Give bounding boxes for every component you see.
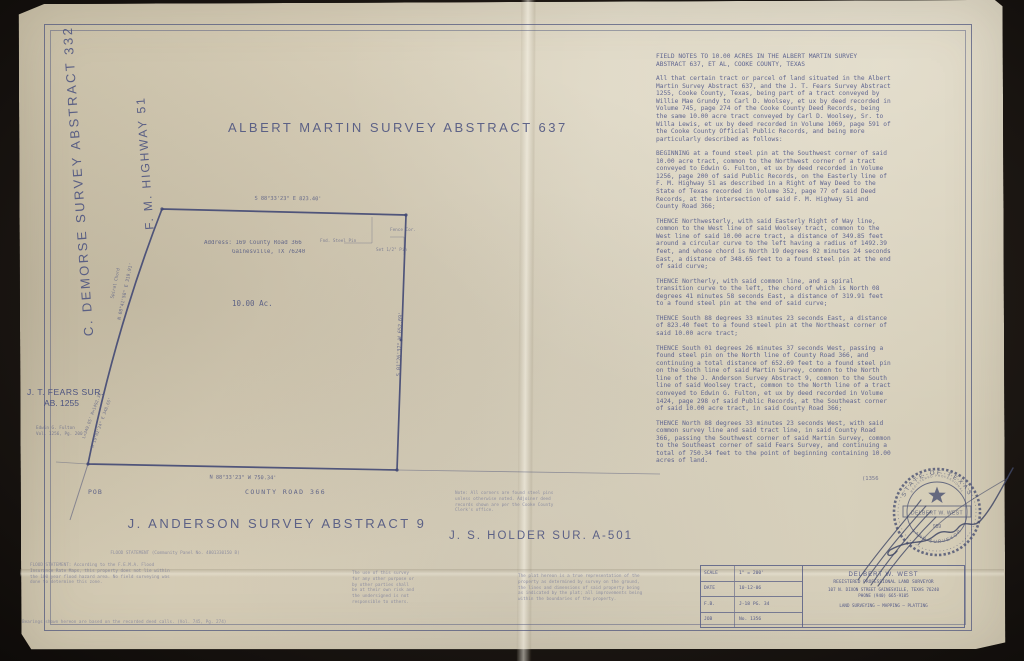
title-block-table: SCALE 1" = 200' DATE 10-12-06 F.B. J-18 … [701, 566, 803, 627]
survey-plat-photo: STATE OF TEXAS REGISTERED PROFESSIONAL L… [0, 0, 1024, 661]
title-block-firm: DELBERT W. WEST REGISTERED PROFESSIONAL … [803, 566, 964, 627]
firm-title: REGISTERED PROFESSIONAL LAND SURVEYOR [803, 580, 964, 587]
certification-note: The plat hereon is a true representation… [518, 574, 658, 603]
general-note: Note: All corners are found steel pinsun… [455, 491, 645, 514]
tb-row-value: 10-12-06 [735, 586, 761, 591]
flood-note: FLOOD STATEMENT: According to the F.E.M.… [30, 563, 330, 586]
field-notes-paragraph: All that certain tract or parcel of land… [656, 75, 894, 143]
tract-address-line1: Address: 169 County Road 366 [204, 240, 302, 246]
tb-row-label: DATE [701, 582, 735, 597]
tb-row-value: No. 1356 [735, 617, 761, 622]
label-fears-survey-2: AB. 1255 [44, 398, 79, 408]
pob-label: POB [88, 488, 103, 496]
sheet-number: (1356 [862, 476, 879, 482]
tb-row-value: J-18 PG. 34 [735, 602, 769, 607]
field-notes: FIELD NOTES TO 10.00 ACRES IN THE ALBERT… [656, 53, 894, 472]
title-block-row: DATE 10-12-06 [701, 582, 802, 598]
tb-row-label: F.B. [701, 597, 735, 612]
north-line-bearing: S 88°33'23" E 823.40' [238, 196, 338, 203]
label-albert-martin-survey: ALBERT MARTIN SURVEY ABSTRACT 637 [228, 120, 528, 135]
title-block-row: F.B. J-18 PG. 34 [701, 597, 802, 613]
tb-row-label: JOB [701, 613, 735, 628]
field-notes-paragraph: THENCE Northerly, with said common line,… [656, 278, 894, 308]
south-line-bearing: N 88°33'23" W 750.34' [185, 474, 301, 481]
flood-note-header: FLOOD STATEMENT (Community Panel No. 480… [60, 551, 290, 557]
label-fears-survey-1: J. T. FEARS SUR. [27, 387, 104, 397]
ne-detail-label-2: Set 1/2" Pin [376, 248, 407, 254]
tract-address-line2: Gainesville, TX 76240 [232, 249, 305, 255]
ne-detail-label-3: Fence Cor. [390, 228, 416, 234]
field-notes-paragraph: BEGINNING at a found steel pin at the So… [656, 150, 894, 211]
firm-name: DELBERT W. WEST [803, 571, 964, 580]
title-block-row: JOB No. 1356 [701, 613, 802, 628]
field-notes-paragraph: THENCE South 88 degrees 33 minutes 23 se… [656, 315, 894, 338]
county-road-label: COUNTY ROAD 366 [245, 488, 326, 496]
firm-services: LAND SURVEYING — MAPPING — PLATTING [803, 603, 964, 609]
liability-note: The use of this surveyfor any other purp… [352, 571, 467, 606]
field-notes-paragraph: THENCE Northwesterly, with said Easterly… [656, 218, 894, 271]
ne-detail-label-1: Fnd. Steel Pin [320, 239, 356, 245]
field-notes-paragraph: THENCE North 88 degrees 33 minutes 23 se… [656, 420, 894, 465]
tb-row-value: 1" = 200' [735, 571, 764, 576]
label-holder-survey: J. S. HOLDER SUR. A-501 [441, 530, 641, 542]
tb-row-label: SCALE [701, 566, 735, 581]
field-notes-paragraph: THENCE South 01 degrees 26 minutes 37 se… [656, 345, 894, 413]
field-notes-title-2: ABSTRACT 637, ET AL, COOKE COUNTY, TEXAS [656, 61, 805, 68]
title-block: SCALE 1" = 200' DATE 10-12-06 F.B. J-18 … [700, 565, 965, 628]
bearing-basis-note: Bearings shown hereon are based on the r… [22, 620, 352, 626]
title-block-row: SCALE 1" = 200' [701, 566, 802, 582]
tract-area-label: 10.00 Ac. [232, 299, 273, 308]
field-notes-title-1: FIELD NOTES TO 10.00 ACRES IN THE ALBERT… [656, 53, 857, 60]
label-anderson-survey: J. ANDERSON SURVEY ABSTRACT 9 [107, 516, 447, 531]
label-adjoiner-deed: Vol. 1256, Pg. 200 [36, 432, 83, 438]
label-adjoiner-name: Edwin G. Fulton [36, 426, 75, 432]
firm-phone: PHONE (940) 665-9105 [803, 593, 964, 599]
